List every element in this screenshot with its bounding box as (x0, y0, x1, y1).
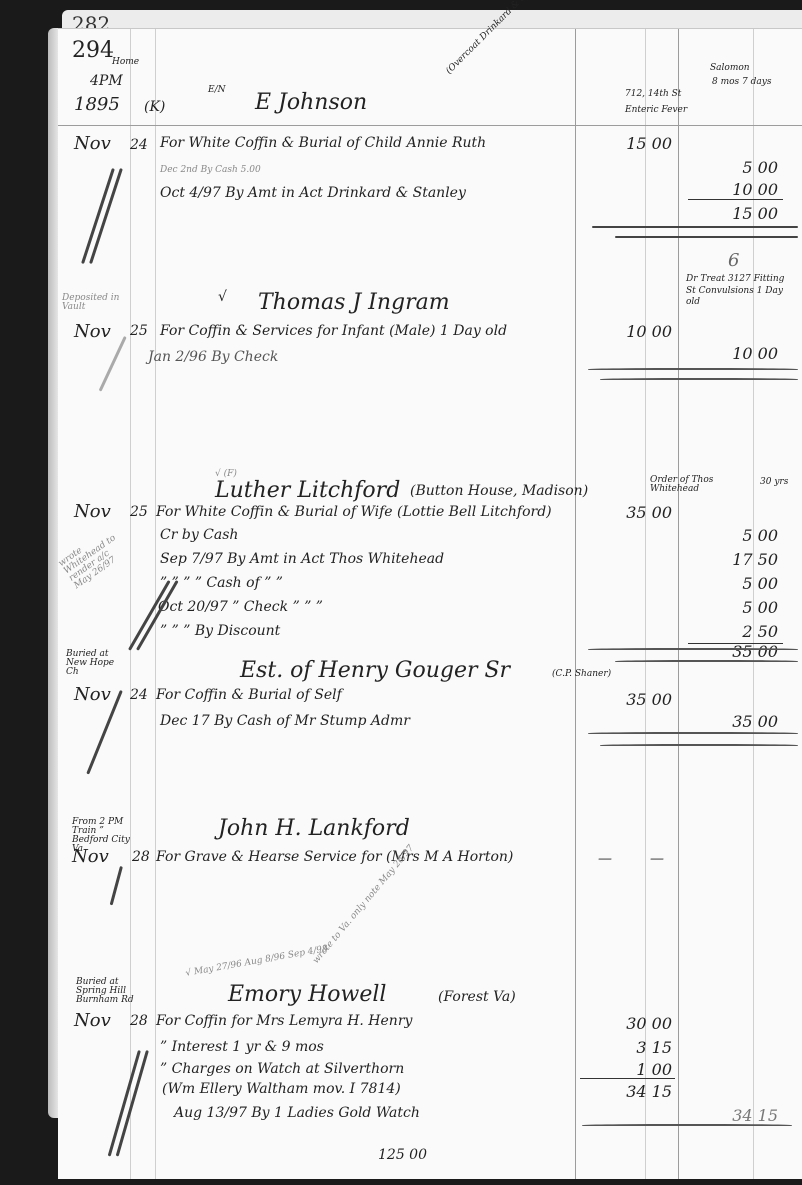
entry1-credit1-text: Dec 2nd By Cash 5.00 (160, 166, 261, 175)
entry1-month: Nov (74, 135, 111, 153)
header-address: 712, 14th St (625, 90, 681, 99)
entry2-side-mark: 6 (728, 252, 739, 270)
footer-total: 125 00 (378, 1148, 427, 1162)
entry6-name: Emory Howell (228, 984, 386, 1006)
entry6-paren-note: (Forest Va) (438, 990, 516, 1004)
header-mark: E/N (208, 86, 225, 95)
closing-rule (588, 732, 798, 735)
entry1-credit1-amount: 5 00 (700, 160, 778, 176)
entry1-charge: 15 00 (600, 136, 672, 152)
entry2-margin-note: Deposited in Vault (62, 294, 122, 312)
closing-rule (592, 226, 798, 228)
entry2-name: Thomas J Ingram (258, 292, 450, 314)
entry6-extra1-amount: 3 15 (600, 1040, 672, 1056)
entry2-credit1-text: Jan 2/96 By Check (148, 350, 278, 364)
page-number: 294 (72, 38, 114, 63)
entry3-credit4-amount: 5 00 (700, 600, 778, 616)
entry6-charge-total: 34 15 (600, 1084, 672, 1100)
closing-rule (582, 1124, 792, 1127)
entry6-credit1-text: Aug 13/97 By 1 Ladies Gold Watch (174, 1106, 420, 1120)
entry2-check-mark: √ (218, 290, 227, 304)
entry3-credit2-amount: 17 50 (700, 552, 778, 568)
closing-rule (615, 660, 798, 663)
entry6-charge: 30 00 (600, 1016, 672, 1032)
entry4-margin-note: Buried at New Hope Ch (66, 650, 126, 677)
entry3-credit4-text: Oct 20/97 ” Check ” ” ” (158, 600, 323, 614)
entry4-paren-note: (C.P. Shaner) (552, 670, 611, 679)
margin-rule-1 (130, 29, 131, 1179)
entry3-name: Luther Litchford (215, 480, 400, 502)
entry4-credit1-amount: 35 00 (700, 714, 778, 730)
entry2-credit1-amount: 10 00 (700, 346, 778, 362)
entry1-credit-total: 15 00 (700, 206, 778, 222)
entry3-month: Nov (74, 503, 111, 521)
cents-column-rule (645, 29, 646, 1179)
closing-rule (600, 744, 798, 747)
entry6-extra3-text: (Wm Ellery Waltham mov. I 7814) (162, 1082, 401, 1096)
closing-rule (588, 368, 798, 371)
header-year: 1895 (74, 96, 120, 114)
entry6-extra2-amount: 1 00 (600, 1062, 672, 1078)
entry3-day: 25 (130, 505, 148, 519)
entry6-day: 28 (130, 1014, 148, 1028)
entry3-paren-note: (Button House, Madison) (410, 484, 588, 498)
entry4-name: Est. of Henry Gouger Sr (240, 660, 510, 682)
entry4-month: Nov (74, 686, 111, 704)
entry3-age: 30 yrs (760, 478, 788, 487)
entry5-day: 28 (132, 850, 150, 864)
entry1-description: For White Coffin & Burial of Child Annie… (160, 136, 486, 150)
entry5-name: John H. Lankford (218, 818, 410, 840)
entry3-credit1-amount: 5 00 (700, 528, 778, 544)
entry3-credit1-text: Cr by Cash (160, 528, 238, 542)
entry2-side-note: Dr Treat 3127 Fitting St Convulsions 1 D… (686, 274, 786, 309)
entry3-credit5-text: ” ” ” By Discount (160, 624, 280, 638)
closing-rule (600, 378, 798, 381)
header-time: 4PM (90, 74, 123, 88)
entry5-credit: — (650, 852, 664, 866)
entry3-credit-total: 35 00 (700, 644, 778, 660)
entry2-day: 25 (130, 324, 148, 338)
entry6-extra1-text: ” Interest 1 yr & 9 mos (160, 1040, 324, 1054)
entry3-description: For White Coffin & Burial of Wife (Lotti… (156, 505, 552, 519)
entry6-margin-note: Buried at Spring Hill Burnham Rd (76, 978, 140, 1005)
entry3-credit3-text: ” ” ” ” Cash of ” ” (160, 576, 283, 590)
entry2-month: Nov (74, 323, 111, 341)
credit-column-rule (678, 29, 679, 1179)
entry1-day: 24 (130, 138, 148, 152)
charge-column-rule (575, 29, 576, 1179)
closing-rule (588, 648, 798, 651)
closing-rule (615, 236, 798, 238)
entry4-charge: 35 00 (600, 692, 672, 708)
entry5-description: For Grave & Hearse Service for (Mrs M A … (156, 850, 513, 864)
subtotal-rule (580, 1078, 675, 1079)
entry4-description: For Coffin & Burial of Self (156, 688, 342, 702)
header-name: E Johnson (255, 92, 367, 114)
entry3-credit3-amount: 5 00 (700, 576, 778, 592)
entry6-month: Nov (74, 1012, 111, 1030)
subtotal-rule (688, 199, 783, 200)
entry2-description: For Coffin & Services for Infant (Male) … (160, 324, 507, 338)
entry6-description: For Coffin for Mrs Lemyra H. Henry (156, 1014, 412, 1028)
entry4-credit1-text: Dec 17 By Cash of Mr Stump Admr (160, 714, 410, 728)
entry6-extra2-text: ” Charges on Watch at Silverthorn (160, 1062, 404, 1076)
entry2-charge: 10 00 (600, 324, 672, 340)
header-age-note: Salomon (710, 64, 750, 73)
entry1-credit2-text: Oct 4/97 By Amt in Act Drinkard & Stanle… (160, 186, 466, 200)
entry6-credit1-amount: 34 15 (700, 1108, 778, 1124)
entry5-month: Nov (72, 848, 109, 866)
entry4-day: 24 (130, 688, 148, 702)
header-note-home: Home (112, 58, 139, 67)
header-age: 8 mos 7 days (712, 78, 771, 87)
header-ref: (K) (144, 100, 165, 114)
entry3-credit5-amount: 2 50 (700, 624, 778, 640)
entry3-credit2-text: Sep 7/97 By Amt in Act Thos Whitehead (160, 552, 444, 566)
header-rule (58, 125, 802, 126)
entry5-charge: — (598, 852, 612, 866)
entry3-charge: 35 00 (600, 505, 672, 521)
entry3-side-note: Order of Thos Whitehead (650, 476, 745, 494)
entry1-credit2-amount: 10 00 (700, 182, 778, 198)
header-cause: Enteric Fever (625, 106, 687, 115)
